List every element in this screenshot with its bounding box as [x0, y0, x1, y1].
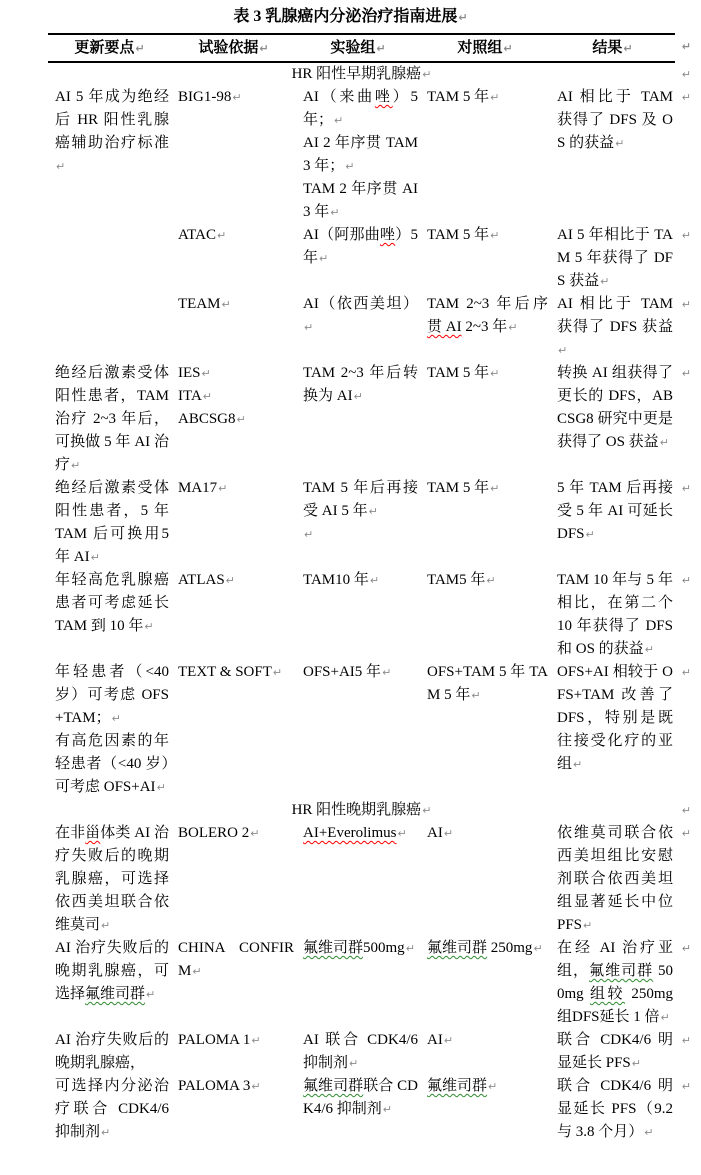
cell-paragraph: TAM10 年↵ — [303, 569, 418, 592]
cell-trial-basis: CHINA CONFIRM↵ — [171, 937, 296, 1029]
text-segment: 绝经后激素受体阳性患者，TAM 治疗 2~3 年后，可换做 5 年 AI 治疗 — [55, 365, 169, 473]
paragraph-mark-icon: ↵ — [146, 988, 155, 1001]
spellcheck-flagged-text: 贯 AI — [427, 319, 462, 335]
paragraph-mark-icon: ↵ — [370, 574, 379, 587]
paragraph-mark-icon: ↵ — [250, 827, 259, 840]
text-segment: ATLAS — [178, 572, 225, 588]
cell-trial-basis: PALOMA 3↵ — [171, 1075, 296, 1144]
row-end-mark-icon: ↵ — [682, 937, 691, 960]
cell-control-group: AI↵ — [420, 822, 550, 937]
cell-paragraph: TAM 10 年与 5 年相比，在第二个 10 年获得了 DFS 和 OS 的获… — [557, 569, 673, 661]
paragraph-mark-icon: ↵ — [112, 712, 121, 725]
section-header-text: HR 阳性晚期乳腺癌 — [292, 802, 422, 818]
paragraph-mark-icon: ↵ — [251, 1034, 260, 1047]
text-segment: OFS+AI5 年 — [303, 664, 381, 680]
text-segment: AI（阿那曲 — [303, 227, 380, 243]
cell-paragraph: 氟维司群500mg↵ — [303, 937, 418, 960]
cell-trial-basis: ATLAS↵ — [171, 569, 296, 661]
cell-paragraph: ATLAS↵ — [178, 569, 294, 592]
paragraph-mark-icon: ↵ — [444, 827, 453, 840]
text-segment: AI — [427, 825, 443, 841]
cell-experimental-group: AI+Everolimus↵ — [296, 822, 420, 937]
cell-paragraph: 在非甾体类 AI 治疗失败后的晚期乳腺癌，可选择依西美坦联合依维莫司↵ — [55, 822, 169, 937]
paragraph-mark-icon: ↵ — [632, 1057, 641, 1070]
text-segment: TEXT & SOFT — [178, 664, 272, 680]
paragraph-mark-icon: ↵ — [382, 666, 391, 679]
text-segment: TAM 5 年 — [427, 227, 489, 243]
cell-paragraph: 转换 AI 组获得了更长的 DFS，ABCSG8 研究中更是获得了 OS 获益↵ — [557, 362, 673, 454]
cell-paragraph: CHINA CONFIRM↵ — [178, 937, 294, 983]
paragraph-mark-icon: ↵ — [488, 1080, 497, 1093]
table-row: ATAC↵AI（阿那曲唑）5 年↵TAM 5 年↵AI 5 年相比于 TAM 5… — [48, 224, 675, 293]
table-title-text: 表 3 乳腺癌内分泌治疗指南进展 — [233, 8, 457, 25]
paragraph-mark-icon: ↵ — [251, 1080, 260, 1093]
table-header-row: 更新要点↵ 试验依据↵ 实验组↵ 对照组↵ 结果↵ ↵ — [48, 33, 675, 63]
paragraph-mark-icon: ↵ — [583, 919, 592, 932]
row-end-mark-icon: ↵ — [682, 86, 691, 109]
paragraph-mark-icon: ↵ — [354, 390, 363, 403]
text-segment: TAM10 年 — [303, 572, 369, 588]
grammar-flagged-text: 氟维司群 — [303, 1078, 363, 1094]
paragraph-mark-icon: ↵ — [259, 42, 268, 55]
paragraph-mark-icon: ↵ — [56, 160, 65, 173]
text-segment: AI — [427, 1032, 443, 1048]
cell-paragraph: ↵ — [303, 523, 418, 546]
cell-trial-basis: IES↵ITA↵ABCSG8↵ — [171, 362, 296, 477]
cell-paragraph: 有高危因素的年轻患者（<40 岁）可考虑 OFS+AI↵ — [55, 730, 169, 799]
paragraph-mark-icon: ↵ — [558, 344, 567, 357]
paragraph-mark-icon: ↵ — [600, 275, 609, 288]
table-row: AI 治疗失败后的晚期乳腺癌，可选择氟维司群↵CHINA CONFIRM↵氟维司… — [48, 937, 675, 1029]
paragraph-mark-icon: ↵ — [444, 1034, 453, 1047]
cell-update-point: AI 治疗失败后的晚期乳腺癌，可选择氟维司群↵ — [48, 937, 171, 1029]
paragraph-mark-icon: ↵ — [71, 459, 80, 472]
table-row: 在非甾体类 AI 治疗失败后的晚期乳腺癌，可选择依西美坦联合依维莫司↵BOLER… — [48, 822, 675, 937]
text-segment: TAM 2 年序贯 AI3 年 — [303, 181, 418, 220]
cell-control-group: TAM 5 年↵ — [420, 224, 550, 293]
cell-paragraph: OFS+AI5 年↵ — [303, 661, 418, 684]
text-segment: 5 年 TAM 后再接受 5 年 AI 可延长 DFS — [557, 480, 673, 542]
cell-paragraph: AI（阿那曲唑）5 年↵ — [303, 224, 418, 270]
cell-update-point: 在非甾体类 AI 治疗失败后的晚期乳腺癌，可选择依西美坦联合依维莫司↵ — [48, 822, 171, 937]
cell-control-group: 氟维司群↵ — [420, 1075, 550, 1144]
paragraph-mark-icon: ↵ — [192, 965, 201, 978]
paragraph-mark-icon: ↵ — [157, 781, 166, 794]
paragraph-mark-icon: ↵ — [345, 160, 354, 173]
table-body: HR 阳性早期乳腺癌↵↵AI 5 年成为绝经后 HR 阳性乳腺癌辅助治疗标准↵B… — [48, 63, 675, 1144]
cell-control-group: AI↵ — [420, 1029, 550, 1075]
paragraph-mark-icon: ↵ — [660, 436, 669, 449]
cell-control-group: TAM5 年↵ — [420, 569, 550, 661]
cell-paragraph: ATAC↵ — [178, 224, 294, 247]
cell-paragraph: OFS+AI 相较于 OFS+TAM 改善了 DFS，特别是既往接受化疗的亚组↵ — [557, 661, 673, 776]
cell-trial-basis: BOLERO 2↵ — [171, 822, 296, 937]
spellcheck-flagged-text: 唑 — [380, 227, 395, 243]
paragraph-mark-icon: ↵ — [573, 758, 582, 771]
table-title: 表 3 乳腺癌内分泌治疗指南进展↵ — [0, 0, 701, 33]
column-header-control-group: 对照组↵ — [420, 37, 550, 60]
cell-control-group: TAM 5 年↵ — [420, 86, 550, 224]
cell-paragraph: TAM 5 年↵ — [427, 86, 548, 109]
cell-paragraph: AI 相比于 TAM 获得了 DFS 获益↵ — [557, 293, 673, 362]
cell-paragraph: 联合 CDK4/6 明显延长 PFS↵ — [557, 1029, 673, 1075]
text-segment: PALOMA 3 — [178, 1078, 250, 1094]
cell-trial-basis: TEXT & SOFT↵ — [171, 661, 296, 799]
cell-result: OFS+AI 相较于 OFS+TAM 改善了 DFS，特别是既往接受化疗的亚组↵ — [550, 661, 675, 799]
cell-paragraph: TEAM↵ — [178, 293, 294, 316]
cell-trial-basis: MA17↵ — [171, 477, 296, 569]
cell-trial-basis: TEAM↵ — [171, 293, 296, 362]
table-row: 绝经后激素受体阳性患者，5 年 TAM 后可换用5 年 AI↵MA17↵TAM … — [48, 477, 675, 569]
text-segment: 依维莫司联合依西美坦组比安慰剂联合依西美坦组显著延长中位 PFS — [557, 825, 673, 933]
cell-paragraph: TAM5 年↵ — [427, 569, 548, 592]
document-page: 表 3 乳腺癌内分泌治疗指南进展↵ 更新要点↵ 试验依据↵ 实验组↵ 对照组↵ … — [0, 0, 701, 1175]
text-segment: IES — [178, 365, 201, 381]
paragraph-mark-icon: ↵ — [218, 482, 227, 495]
cell-paragraph: AI↵ — [427, 822, 548, 845]
row-end-mark-icon: ↵ — [682, 63, 691, 86]
paragraph-mark-icon: ↵ — [503, 42, 512, 55]
cell-experimental-group: AI（阿那曲唑）5 年↵ — [296, 224, 420, 293]
paragraph-mark-icon: ↵ — [237, 413, 246, 426]
text-segment: TAM 2~3 年后序 — [427, 296, 548, 312]
text-segment: AI 5 年相比于 TAM 5 年获得了 DFS 获益 — [557, 227, 673, 289]
cell-result: 依维莫司联合依西美坦组比安慰剂联合依西美坦组显著延长中位 PFS↵ — [550, 822, 675, 937]
paragraph-mark-icon: ↵ — [490, 482, 499, 495]
table-row: 可选择内分泌治疗联合 CDK4/6 抑制剂↵PALOMA 3↵氟维司群联合 CD… — [48, 1075, 675, 1144]
cell-experimental-group: TAM 5 年后再接受 AI 5 年↵↵ — [296, 477, 420, 569]
paragraph-mark-icon: ↵ — [486, 574, 495, 587]
grammar-flagged-text: 氟维司群 — [427, 940, 487, 956]
grammar-flagged-text: 氟维司群 — [427, 1078, 487, 1094]
cell-update-point: AI 5 年成为绝经后 HR 阳性乳腺癌辅助治疗标准↵ — [48, 86, 171, 224]
table-row: 年轻患者（<40 岁）可考虑 OFS+TAM；↵有高危因素的年轻患者（<40 岁… — [48, 661, 675, 799]
cell-paragraph: 可选择内分泌治疗联合 CDK4/6 抑制剂↵ — [55, 1075, 169, 1144]
text-segment: 体类 AI 治疗失败后的晚期乳腺癌，可选择依西美坦联合依维莫司 — [55, 825, 169, 933]
text-segment: ABCSG8 — [178, 411, 236, 427]
paragraph-mark-icon: ↵ — [471, 689, 480, 702]
paragraph-mark-icon: ↵ — [203, 390, 212, 403]
text-segment: AI 治疗失败后的晚期乳腺癌， — [55, 1032, 169, 1071]
paragraph-mark-icon: ↵ — [202, 367, 211, 380]
section-header: HR 阳性早期乳腺癌↵↵ — [48, 63, 675, 86]
table-row: TEAM↵AI（依西美坦）↵TAM 2~3 年后序贯 AI 2~3 年↵AI 相… — [48, 293, 675, 362]
guideline-table: 更新要点↵ 试验依据↵ 实验组↵ 对照组↵ 结果↵ ↵ HR 阳性早期乳腺癌↵↵… — [48, 33, 675, 1144]
table-row: AI 治疗失败后的晚期乳腺癌，PALOMA 1↵AI 联合 CDK4/6 抑制剂… — [48, 1029, 675, 1075]
cell-update-point: 年轻高危乳腺癌患者可考虑延长 TAM 到 10 年↵ — [48, 569, 171, 661]
cell-paragraph: AI 相比于 TAM 获得了 DFS 及 OS 的获益↵ — [557, 86, 673, 155]
cell-paragraph: TAM 5 年↵ — [427, 224, 548, 247]
cell-paragraph: AI↵ — [427, 1029, 548, 1052]
grammar-flagged-text: 氟维司群 — [303, 940, 363, 956]
text-segment: PALOMA 1 — [178, 1032, 250, 1048]
text-segment: TAM 10 年与 5 年相比，在第二个 10 年获得了 DFS 和 OS 的获… — [557, 572, 673, 657]
cell-trial-basis: BIG1-98↵ — [171, 86, 296, 224]
grammar-flagged-text: 氟维司群 — [85, 986, 145, 1002]
paragraph-mark-icon: ↵ — [490, 91, 499, 104]
cell-result: AI 相比于 TAM 获得了 DFS 获益↵ — [550, 293, 675, 362]
text-segment: AI（来曲 — [303, 89, 375, 105]
cell-paragraph: 依维莫司联合依西美坦组比安慰剂联合依西美坦组显著延长中位 PFS↵ — [557, 822, 673, 937]
cell-paragraph: 氟维司群↵ — [427, 1075, 548, 1098]
cell-paragraph: ITA↵ — [178, 385, 294, 408]
text-segment: ATAC — [178, 227, 216, 243]
cell-paragraph: AI（来曲唑）5 年；↵ — [303, 86, 418, 132]
paragraph-mark-icon: ↵ — [422, 804, 431, 817]
row-end-mark-icon: ↵ — [682, 35, 691, 58]
row-end-mark-icon: ↵ — [682, 799, 691, 822]
text-segment: AI 相比于 TAM 获得了 DFS 获益 — [557, 296, 673, 335]
cell-paragraph: MA17↵ — [178, 477, 294, 500]
cell-paragraph: PALOMA 3↵ — [178, 1075, 294, 1098]
text-segment: 2~3 年 — [462, 319, 508, 335]
cell-paragraph: TEXT & SOFT↵ — [178, 661, 294, 684]
paragraph-mark-icon: ↵ — [222, 298, 231, 311]
paragraph-mark-icon: ↵ — [586, 528, 595, 541]
cell-result: TAM 10 年与 5 年相比，在第二个 10 年获得了 DFS 和 OS 的获… — [550, 569, 675, 661]
row-end-mark-icon: ↵ — [682, 362, 691, 385]
paragraph-mark-icon: ↵ — [273, 666, 282, 679]
paragraph-mark-icon: ↵ — [91, 551, 100, 564]
text-segment: 有高危因素的年轻患者（<40 岁）可考虑 OFS+AI — [55, 733, 169, 795]
paragraph-mark-icon: ↵ — [422, 68, 431, 81]
cell-paragraph: TAM 2 年序贯 AI3 年↵ — [303, 178, 418, 224]
cell-result: AI 5 年相比于 TAM 5 年获得了 DFS 获益↵ — [550, 224, 675, 293]
text-segment: 联合 CDK4/6 明显延长 PFS（9.2 与 3.8 个月） — [557, 1078, 673, 1140]
paragraph-mark-icon: ↵ — [490, 229, 499, 242]
cell-paragraph: 绝经后激素受体阳性患者，5 年 TAM 后可换用5 年 AI↵ — [55, 477, 169, 569]
text-segment: AI 5 年成为绝经后 HR 阳性乳腺癌辅助治疗标准 — [55, 89, 169, 151]
cell-experimental-group: AI（来曲唑）5 年；↵AI 2 年序贯 TAM3 年；↵TAM 2 年序贯 A… — [296, 86, 420, 224]
cell-paragraph: TAM 2~3 年后序贯 AI 2~3 年↵ — [427, 293, 548, 339]
text-segment: BOLERO 2 — [178, 825, 249, 841]
text-segment: MA17 — [178, 480, 217, 496]
cell-paragraph: 年轻高危乳腺癌患者可考虑延长 TAM 到 10 年↵ — [55, 569, 169, 638]
cell-paragraph: ABCSG8↵ — [178, 408, 294, 431]
cell-update-point: 年轻患者（<40 岁）可考虑 OFS+TAM；↵有高危因素的年轻患者（<40 岁… — [48, 661, 171, 799]
cell-paragraph: AI 5 年相比于 TAM 5 年获得了 DFS 获益↵ — [557, 224, 673, 293]
cell-paragraph: OFS+TAM 5 年 TAM 5 年↵ — [427, 661, 548, 707]
column-header-trial-basis: 试验依据↵ — [171, 37, 296, 60]
cell-experimental-group: AI 联合 CDK4/6 抑制剂↵ — [296, 1029, 420, 1075]
paragraph-mark-icon: ↵ — [397, 827, 406, 840]
cell-experimental-group: 氟维司群500mg↵ — [296, 937, 420, 1029]
cell-control-group: 氟维司群 250mg↵ — [420, 937, 550, 1029]
row-end-mark-icon: ↵ — [682, 477, 691, 500]
text-segment: 转换 AI 组获得了更长的 DFS，ABCSG8 研究中更是获得了 OS 获益 — [557, 365, 673, 450]
paragraph-mark-icon: ↵ — [304, 321, 313, 334]
cell-paragraph: AI+Everolimus↵ — [303, 822, 418, 845]
text-segment: OFS+AI 相较于 OFS+TAM 改善了 DFS，特别是既往接受化疗的亚组 — [557, 664, 673, 772]
section-header: HR 阳性晚期乳腺癌↵↵ — [48, 799, 675, 822]
text-segment: 500mg — [363, 940, 405, 956]
cell-control-group: TAM 5 年↵ — [420, 477, 550, 569]
text-segment: 联合 CDK4/6 明显延长 PFS — [557, 1032, 673, 1071]
table-row: AI 5 年成为绝经后 HR 阳性乳腺癌辅助治疗标准↵BIG1-98↵AI（来曲… — [48, 86, 675, 224]
row-end-mark-icon: ↵ — [682, 224, 691, 247]
cell-update-point — [48, 293, 171, 362]
column-header-update-point: 更新要点↵ — [48, 37, 171, 60]
cell-update-point: AI 治疗失败后的晚期乳腺癌， — [48, 1029, 171, 1075]
text-segment: TAM 5 年 — [427, 89, 489, 105]
cell-paragraph: PALOMA 1↵ — [178, 1029, 294, 1052]
text-segment: TAM 5 年 — [427, 365, 489, 381]
cell-control-group: TAM 2~3 年后序贯 AI 2~3 年↵ — [420, 293, 550, 362]
paragraph-mark-icon: ↵ — [330, 206, 339, 219]
cell-paragraph: IES↵ — [178, 362, 294, 385]
cell-experimental-group: TAM 2~3 年后转换为 AI↵ — [296, 362, 420, 477]
cell-paragraph: 在经 AI 治疗亚组，氟维司群 500mg 组较 250mg组DFS延长 1 倍… — [557, 937, 673, 1029]
grammar-flagged-text: 组较 — [590, 986, 625, 1002]
cell-paragraph: BOLERO 2↵ — [178, 822, 294, 845]
table-row: 绝经后激素受体阳性患者，TAM 治疗 2~3 年后，可换做 5 年 AI 治疗↵… — [48, 362, 675, 477]
paragraph-mark-icon: ↵ — [144, 620, 153, 633]
paragraph-mark-icon: ↵ — [101, 1126, 110, 1139]
row-end-mark-icon: ↵ — [682, 1029, 691, 1052]
cell-trial-basis: PALOMA 1↵ — [171, 1029, 296, 1075]
text-segment: OFS+TAM 5 年 TAM 5 年 — [427, 664, 548, 703]
cell-control-group: OFS+TAM 5 年 TAM 5 年↵ — [420, 661, 550, 799]
text-segment: 绝经后激素受体阳性患者，5 年 TAM 后可换用5 年 AI — [55, 480, 169, 565]
cell-experimental-group: AI（依西美坦）↵ — [296, 293, 420, 362]
cell-paragraph: 年轻患者（<40 岁）可考虑 OFS+TAM；↵ — [55, 661, 169, 730]
cell-paragraph: TAM 2~3 年后转换为 AI↵ — [303, 362, 418, 408]
cell-update-point: 绝经后激素受体阳性患者，TAM 治疗 2~3 年后，可换做 5 年 AI 治疗↵ — [48, 362, 171, 477]
cell-result: 联合 CDK4/6 明显延长 PFS（9.2 与 3.8 个月）↵ — [550, 1075, 675, 1144]
cell-paragraph: 5 年 TAM 后再接受 5 年 AI 可延长 DFS↵ — [557, 477, 673, 546]
cell-paragraph: BIG1-98↵ — [178, 86, 294, 109]
cell-update-point: 可选择内分泌治疗联合 CDK4/6 抑制剂↵ — [48, 1075, 171, 1144]
paragraph-mark-icon: ↵ — [369, 505, 378, 518]
table-row: 年轻高危乳腺癌患者可考虑延长 TAM 到 10 年↵ATLAS↵TAM10 年↵… — [48, 569, 675, 661]
paragraph-mark-icon: ↵ — [334, 114, 343, 127]
paragraph-mark-icon: ↵ — [644, 1126, 653, 1139]
row-end-mark-icon: ↵ — [682, 661, 691, 684]
text-segment: AI（依西美坦） — [303, 296, 418, 312]
spellcheck-flagged-text: 甾 — [85, 825, 100, 841]
cell-result: AI 相比于 TAM 获得了 DFS 及 OS 的获益↵ — [550, 86, 675, 224]
paragraph-mark-icon: ↵ — [615, 137, 624, 150]
cell-control-group: TAM 5 年↵ — [420, 362, 550, 477]
row-end-mark-icon: ↵ — [682, 1075, 691, 1098]
paragraph-mark-icon: ↵ — [490, 367, 499, 380]
cell-result: 5 年 TAM 后再接受 5 年 AI 可延长 DFS↵ — [550, 477, 675, 569]
cell-paragraph: AI 2 年序贯 TAM3 年；↵ — [303, 132, 418, 178]
paragraph-mark-icon: ↵ — [661, 1011, 670, 1024]
cell-update-point — [48, 224, 171, 293]
cell-paragraph: AI 治疗失败后的晚期乳腺癌，可选择氟维司群↵ — [55, 937, 169, 1006]
paragraph-mark-icon: ↵ — [645, 643, 654, 656]
paragraph-mark-icon: ↵ — [217, 229, 226, 242]
paragraph-mark-icon: ↵ — [304, 528, 313, 541]
paragraph-mark-icon: ↵ — [383, 1103, 392, 1116]
text-segment: 在非 — [55, 825, 85, 841]
text-segment: 可选择内分泌治疗联合 CDK4/6 抑制剂 — [55, 1078, 169, 1140]
paragraph-mark-icon: ↵ — [319, 252, 328, 265]
row-end-mark-icon: ↵ — [682, 293, 691, 316]
paragraph-mark-icon: ↵ — [406, 942, 415, 955]
cell-experimental-group: OFS+AI5 年↵ — [296, 661, 420, 799]
paragraph-mark-icon: ↵ — [508, 321, 517, 334]
cell-paragraph: AI（依西美坦）↵ — [303, 293, 418, 339]
cell-experimental-group: TAM10 年↵ — [296, 569, 420, 661]
text-segment: TAM5 年 — [427, 572, 485, 588]
paragraph-mark-icon: ↵ — [135, 42, 144, 55]
paragraph-mark-icon: ↵ — [458, 11, 467, 24]
text-segment: TEAM — [178, 296, 221, 312]
paragraph-mark-icon: ↵ — [101, 919, 110, 932]
grammar-flagged-text: 氟维司群 — [589, 963, 653, 979]
spellcheck-flagged-text: AI+Everolimus — [303, 825, 396, 841]
cell-paragraph: AI 联合 CDK4/6 抑制剂↵ — [303, 1029, 418, 1075]
paragraph-mark-icon: ↵ — [533, 942, 542, 955]
cell-result: 在经 AI 治疗亚组，氟维司群 500mg 组较 250mg组DFS延长 1 倍… — [550, 937, 675, 1029]
text-segment: TAM 5 年 — [427, 480, 489, 496]
text-segment: TAM 5 年后再接受 AI 5 年 — [303, 480, 418, 519]
paragraph-mark-icon: ↵ — [226, 574, 235, 587]
cell-trial-basis: ATAC↵ — [171, 224, 296, 293]
row-end-mark-icon: ↵ — [682, 569, 691, 592]
text-segment: AI 联合 CDK4/6 抑制剂 — [303, 1032, 418, 1071]
cell-paragraph: 绝经后激素受体阳性患者，TAM 治疗 2~3 年后，可换做 5 年 AI 治疗↵ — [55, 362, 169, 477]
column-header-result: 结果↵ — [550, 37, 675, 60]
cell-paragraph: TAM 5 年↵ — [427, 362, 548, 385]
text-segment: BIG1-98 — [178, 89, 231, 105]
spellcheck-flagged-text: 唑 — [375, 89, 393, 105]
cell-paragraph: 联合 CDK4/6 明显延长 PFS（9.2 与 3.8 个月）↵ — [557, 1075, 673, 1144]
cell-experimental-group: 氟维司群联合 CDK4/6 抑制剂↵ — [296, 1075, 420, 1144]
row-end-mark-icon: ↵ — [682, 822, 691, 845]
paragraph-mark-icon: ↵ — [349, 1057, 358, 1070]
cell-paragraph: TAM 5 年↵ — [427, 477, 548, 500]
cell-paragraph: 氟维司群 250mg↵ — [427, 937, 548, 960]
text-segment: AI 2 年序贯 TAM3 年； — [303, 135, 418, 174]
paragraph-mark-icon: ↵ — [232, 91, 241, 104]
section-header-text: HR 阳性早期乳腺癌 — [292, 66, 422, 82]
cell-paragraph: AI 5 年成为绝经后 HR 阳性乳腺癌辅助治疗标准↵ — [55, 86, 169, 178]
column-header-experimental-group: 实验组↵ — [296, 37, 420, 60]
text-segment: 250mg — [487, 940, 532, 956]
cell-paragraph: 氟维司群联合 CDK4/6 抑制剂↵ — [303, 1075, 418, 1121]
cell-paragraph: AI 治疗失败后的晚期乳腺癌， — [55, 1029, 169, 1075]
cell-update-point: 绝经后激素受体阳性患者，5 年 TAM 后可换用5 年 AI↵ — [48, 477, 171, 569]
cell-result: 转换 AI 组获得了更长的 DFS，ABCSG8 研究中更是获得了 OS 获益↵ — [550, 362, 675, 477]
text-segment: ITA — [178, 388, 202, 404]
paragraph-mark-icon: ↵ — [376, 42, 385, 55]
paragraph-mark-icon: ↵ — [623, 42, 632, 55]
cell-result: 联合 CDK4/6 明显延长 PFS↵ — [550, 1029, 675, 1075]
cell-paragraph: TAM 5 年后再接受 AI 5 年↵ — [303, 477, 418, 523]
